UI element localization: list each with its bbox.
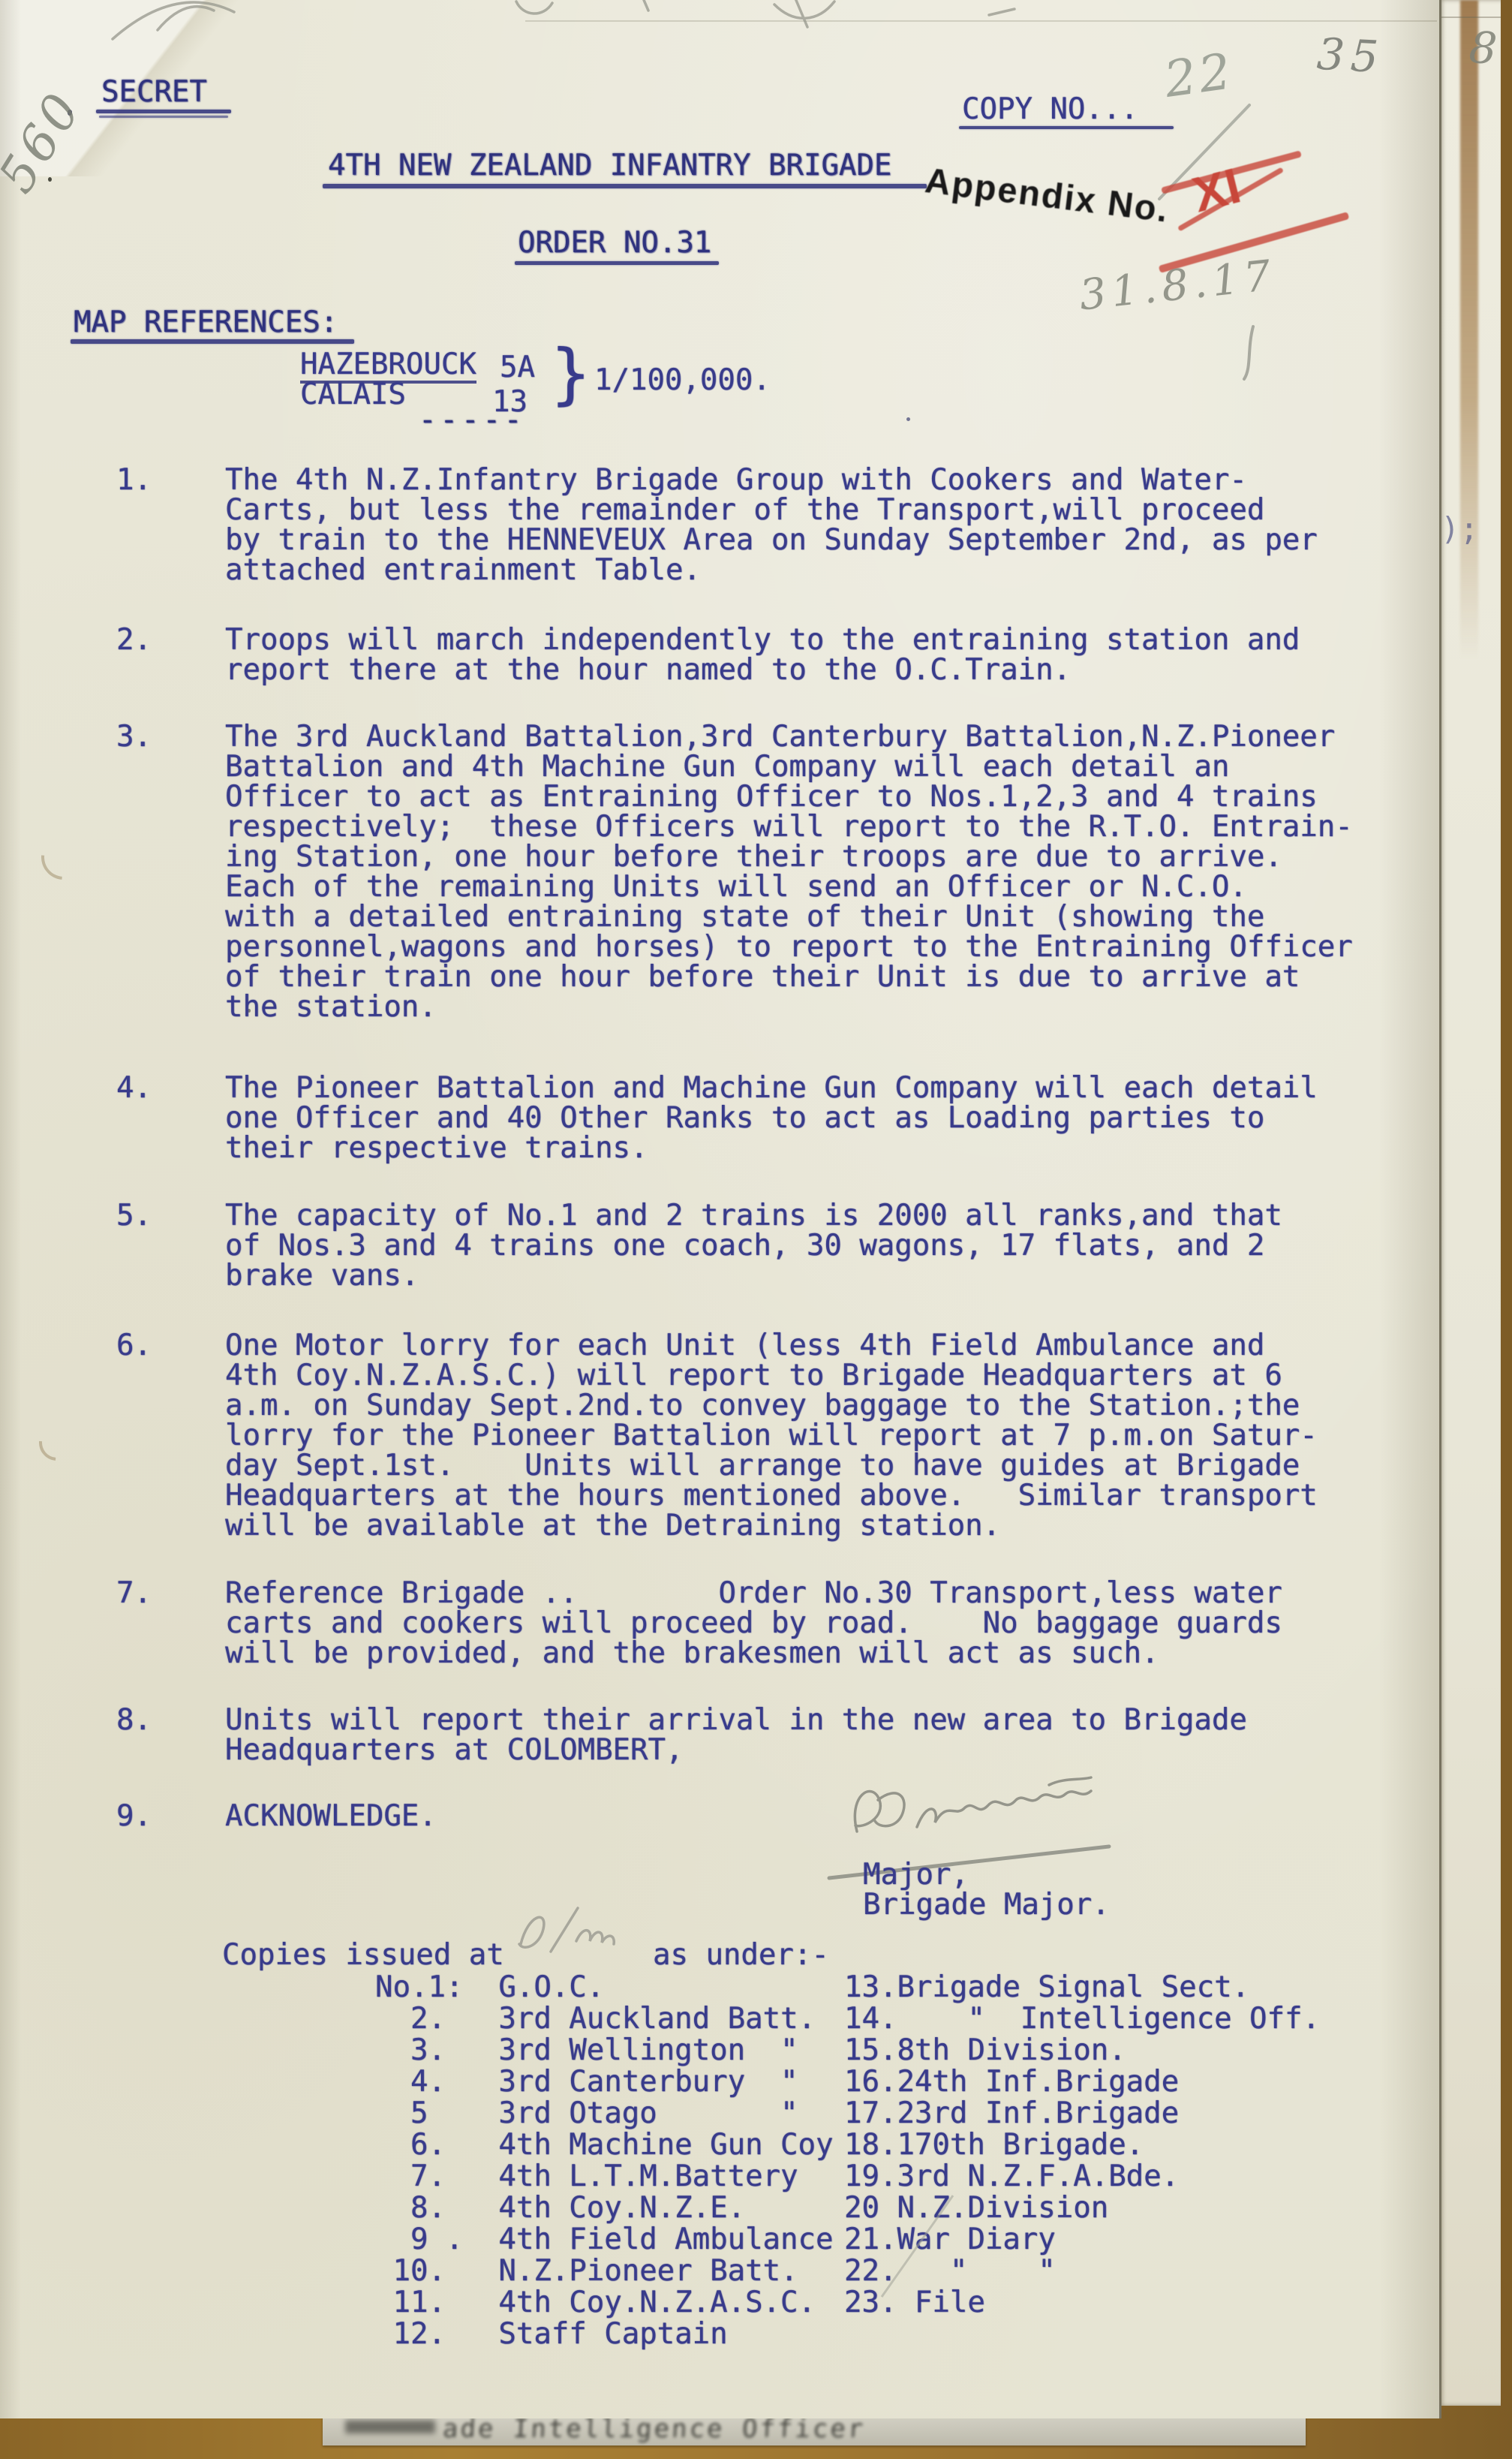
document-title: 4TH NEW ZEALAND INFANTRY BRIGADE (328, 151, 891, 181)
order-paragraph-1: 1. The 4th N.Z.Infantry Brigade Group wi… (0, 465, 1439, 466)
sliver-text: ade Intelligence Officer (442, 2414, 866, 2444)
ink-speck (906, 417, 910, 421)
paragraph-number: 7. (116, 1579, 152, 1609)
paragraph-text: Troops will march independently to the e… (225, 625, 1300, 685)
date-pencil: 31.8.17 (1077, 251, 1278, 320)
scanned-document-photo: { "page": { "classification": "SECRET", … (0, 0, 1512, 2459)
paragraph-number: 4. (116, 1073, 152, 1103)
document-page: 560 SECRET COPY NO... 22 35 4TH NEW ZEAL… (0, 0, 1441, 2418)
order-paragraph-7: 7. Reference Brigade .. Order No.30 Tran… (0, 1579, 1439, 1579)
signatory-title: Brigade Major. (863, 1890, 1110, 1920)
paragraph-number: 5. (116, 1201, 152, 1231)
paragraph-text: Reference Brigade .. Order No.30 Transpo… (225, 1579, 1282, 1669)
copy-no-label: COPY NO... (962, 95, 1138, 125)
order-paragraph-3: 3. The 3rd Auckland Battalion,3rd Canter… (0, 722, 1439, 723)
paragraph-text: The 4th N.Z.Infantry Brigade Group with … (225, 465, 1318, 585)
distribution-list-left: No.1: G.O.C. 2. 3rd Auckland Batt. 3. 3r… (375, 1972, 833, 2350)
paragraph-number: 9. (116, 1801, 152, 1831)
classification-label: SECRET (101, 77, 207, 107)
right-edge-shading (1379, 0, 1439, 2418)
paragraph-text: The Pioneer Battalion and Machine Gun Co… (225, 1073, 1318, 1163)
copy-no-underline (959, 126, 1174, 129)
map-sheet-1-number: 5A (500, 353, 535, 383)
map-references-heading: MAP REFERENCES: (74, 308, 338, 338)
signatory-rank: Major, (863, 1860, 969, 1890)
map-separator: ----- (419, 405, 525, 435)
order-paragraph-6: 6. One Motor lorry for each Unit (less 4… (0, 1331, 1439, 1332)
left-edge-shading (0, 0, 21, 2418)
paragraph-number: 8. (116, 1705, 152, 1735)
underlying-page-edge: 8 ); (1439, 0, 1501, 2406)
map-brace: } (551, 336, 591, 411)
paragraph-text: One Motor lorry for each Unit (less 4th … (225, 1331, 1318, 1541)
classification-underline-2 (99, 116, 228, 118)
pencil-time-squiggle (504, 1898, 632, 1969)
classification-underline (96, 110, 231, 113)
paper-dimple-mark (32, 826, 96, 889)
map-references-underline (71, 339, 354, 344)
date-pencil-tick (1231, 323, 1276, 383)
order-paragraph-8: 8. Units will report their arrival in th… (0, 1705, 1439, 1706)
paper-dimple-mark (32, 1417, 83, 1468)
paragraph-number: 6. (116, 1331, 152, 1361)
order-number-underline (515, 261, 719, 265)
margin-ink-mark: ); (1441, 510, 1479, 547)
paragraph-text: The capacity of No.1 and 2 trains is 200… (225, 1201, 1282, 1291)
title-underline (323, 184, 927, 188)
paragraph-number: 2. (116, 625, 152, 655)
copies-issued-label: Copies issued at (222, 1940, 504, 1970)
paragraph-text: ACKNOWLEDGE. (225, 1801, 437, 1831)
order-paragraph-5: 5. The capacity of No.1 and 2 trains is … (0, 1201, 1439, 1202)
top-edge-pencil-scribbles (0, 0, 1512, 68)
paragraph-text: The 3rd Auckland Battalion,3rd Canterbur… (225, 722, 1353, 1022)
order-paragraph-9: 9. ACKNOWLEDGE. (0, 1801, 1439, 1802)
order-paragraph-2: 2. Troops will march independently to th… (0, 625, 1439, 626)
paragraph-number: 1. (116, 465, 152, 495)
map-scale: 1/100,000. (594, 366, 771, 396)
binding-edge-streak (1460, 0, 1478, 661)
appendix-stamp: Appendix No. (923, 159, 1171, 230)
order-number: ORDER NO.31 (518, 228, 711, 258)
order-paragraph-4: 4. The Pioneer Battalion and Machine Gun… (0, 1073, 1439, 1074)
list-pencil-slash (870, 2192, 960, 2304)
map-sheet-2: CALAIS (300, 380, 406, 410)
paragraph-number: 3. (116, 722, 152, 752)
smudge-mark (345, 2420, 435, 2433)
page-number-pencil: 35 (1315, 29, 1385, 83)
as-under-label: as under:- (653, 1940, 829, 1970)
